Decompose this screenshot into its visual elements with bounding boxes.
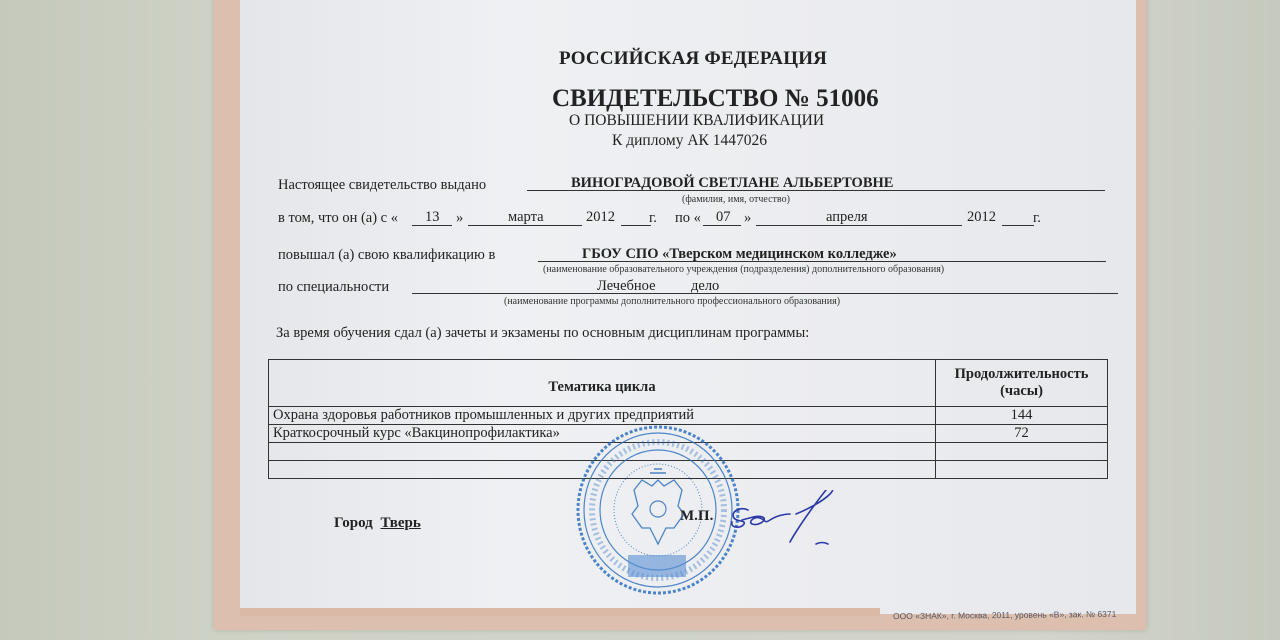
- city-value: Тверь: [380, 515, 420, 531]
- specialty-label: по специальности: [278, 279, 389, 296]
- to-month: апреля: [826, 209, 868, 226]
- specialty-value-1: Лечебное: [597, 278, 656, 295]
- holder-name: ВИНОГРАДОВОЙ СВЕТЛАНЕ АЛЬБЕРТОВНЕ: [571, 175, 893, 192]
- row-topic: Охрана здоровья работников промышленных …: [269, 407, 936, 425]
- specialty-underline: [412, 293, 1118, 294]
- from-year-suffix: г.: [649, 210, 657, 227]
- certificate-title: СВИДЕТЕЛЬСТВО № 51006: [552, 85, 879, 113]
- name-caption: (фамилия, имя, отчество): [682, 194, 790, 205]
- header-hours: Продолжительность (часы): [936, 360, 1108, 407]
- country-heading: РОССИЙСКАЯ ФЕДЕРАЦИЯ: [559, 48, 827, 70]
- table-header-row: Тематика цикла Продолжительность (часы): [269, 360, 1108, 407]
- institution-name: ГБОУ СПО «Тверском медицинском колледже»: [582, 246, 897, 263]
- institution-label: повышал (а) свою квалификацию в: [278, 247, 495, 264]
- city-label: Город: [334, 515, 373, 531]
- diploma-reference: К диплому АК 1447026: [612, 132, 767, 150]
- cover-edge: [240, 608, 880, 616]
- row-hours: [936, 461, 1108, 479]
- to-year: 2012: [967, 209, 996, 226]
- signature-icon: [720, 490, 860, 560]
- row-hours: [936, 443, 1108, 461]
- to-prefix: по «: [675, 210, 701, 227]
- issued-label: Настоящее свидетельство выдано: [278, 177, 486, 194]
- official-seal-icon: [576, 425, 740, 595]
- row-hours: 72: [936, 425, 1108, 443]
- institution-caption: (наименование образовательного учреждени…: [543, 264, 944, 275]
- from-month: марта: [508, 209, 544, 226]
- seal-label: М.П.: [680, 508, 713, 525]
- to-year-suffix: г.: [1033, 210, 1041, 227]
- specialty-value-2: дело: [691, 278, 719, 295]
- row-hours: 144: [936, 407, 1108, 425]
- from-year: 2012: [586, 209, 615, 226]
- from-year-underline: [621, 225, 651, 226]
- exams-intro: За время обучения сдал (а) зачеты и экза…: [276, 325, 809, 342]
- from-day-close: »: [456, 210, 463, 227]
- to-day: 07: [716, 209, 731, 226]
- to-day-close: »: [744, 210, 751, 227]
- from-day: 13: [425, 209, 440, 226]
- certificate-subtitle: О ПОВЫШЕНИИ КВАЛИФИКАЦИИ: [569, 112, 824, 130]
- specialty-caption: (наименование программы дополнительного …: [504, 296, 840, 307]
- header-topic: Тематика цикла: [269, 360, 936, 407]
- period-prefix: в том, что он (а) с «: [278, 210, 398, 227]
- city-line: Город Тверь: [334, 515, 421, 532]
- table-row: Охрана здоровья работников промышленных …: [269, 407, 1108, 425]
- to-year-underline: [1002, 225, 1034, 226]
